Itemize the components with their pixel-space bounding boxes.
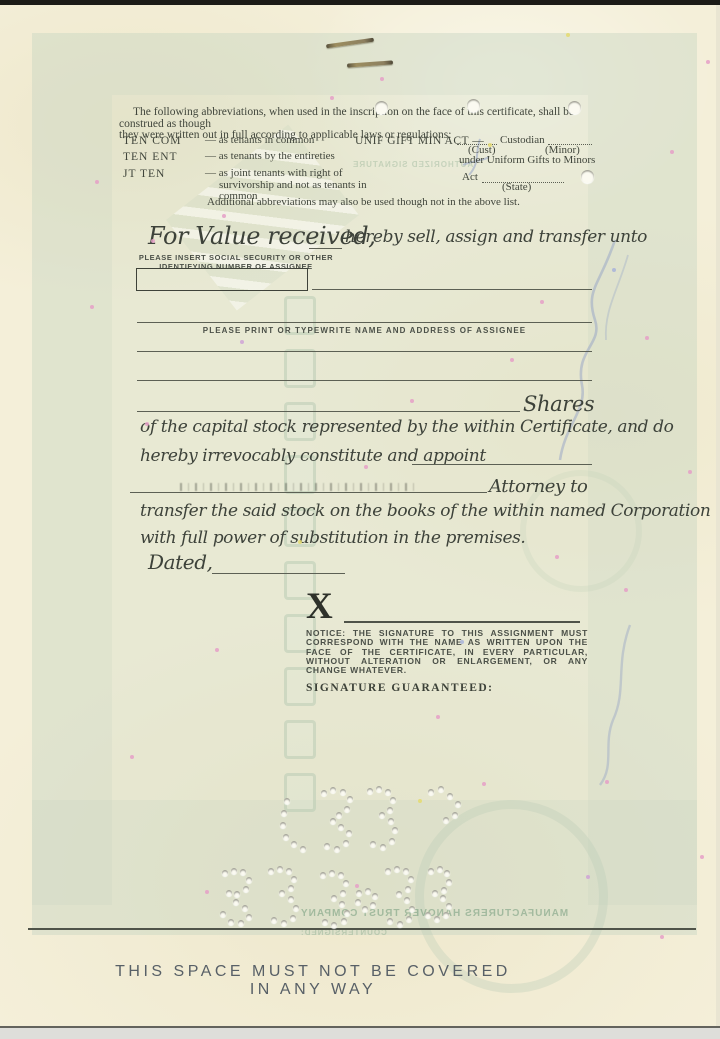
ghost-border-left [32, 95, 112, 905]
print-typewrite-caption: PLEASE PRINT OR TYPEWRITE NAME AND ADDRE… [137, 326, 592, 335]
fill-line-assignee-3 [137, 380, 592, 381]
paper-speckle [706, 60, 710, 64]
unif-state-caption: (State) [502, 182, 531, 194]
ghost-bank-name-text: MANUFACTURERS HANOVER TRUST COMPANY [300, 908, 568, 919]
paper-speckle [660, 935, 664, 939]
signature-x-mark: X [306, 592, 333, 622]
abbrev-term-ten-com: TEN COM [123, 135, 181, 147]
abbrev-term-ten-ent: TEN ENT [123, 151, 178, 163]
fill-line-after-received [309, 248, 342, 249]
for-value-received-text: For Value received, [148, 222, 375, 250]
signature-line [344, 621, 580, 623]
unif-under-gifts: under Uniform Gifts to Minors [459, 155, 595, 167]
ink-smudge [180, 483, 415, 491]
bottom-rule [28, 928, 696, 930]
fill-line-shares [137, 411, 520, 412]
abbrev-def-ten-ent: — as tenants by the entireties [205, 151, 335, 163]
shares-text: Shares [523, 392, 594, 416]
ssn-box [136, 268, 308, 291]
scan-edge-top [0, 0, 720, 5]
abbreviation-intro-line1: The following abbreviations, when used i… [119, 107, 605, 130]
ghost-signature-ink [540, 230, 660, 490]
fill-line-assignee-2 [137, 351, 592, 352]
ghost-letter-block [284, 720, 316, 759]
ghost-letter-block [284, 773, 316, 812]
ssn-instruction-line1: PLEASE INSERT SOCIAL SECURITY OR OTHER [136, 253, 336, 262]
dated-text: Dated, [148, 550, 213, 574]
constitute-appoint-text: hereby irrevocably constitute and appoin… [140, 446, 486, 466]
signature-notice: NOTICE: THE SIGNATURE TO THIS ASSIGNMENT… [306, 629, 588, 675]
signature-guaranteed-label: SIGNATURE GUARANTEED: [306, 682, 494, 694]
fill-line-ssn-right [312, 289, 592, 290]
sell-assign-transfer-text: hereby sell, assign and transfer unto [345, 227, 647, 247]
additional-abbrev-note: Additional abbreviations may also be use… [207, 197, 520, 209]
scan-edge-right [716, 5, 720, 1026]
transfer-books-text: transfer the said stock on the books of … [140, 501, 710, 521]
scan-edge-bottom [0, 1026, 720, 1039]
fill-line-attorney [130, 492, 487, 493]
abbrev-term-jt-ten: JT TEN [123, 168, 165, 180]
paper-speckle [700, 855, 704, 859]
full-power-text: with full power of substitution in the p… [140, 528, 525, 548]
fill-line-assignee-1 [137, 322, 592, 323]
attorney-to-text: Attorney to [489, 476, 587, 497]
capital-stock-text: of the capital stock represented by the … [140, 417, 673, 437]
footer-warning-text: THIS SPACE MUST NOT BE COVERED IN ANY WA… [113, 963, 513, 999]
ghost-letter-block [284, 349, 316, 388]
abbrev-def-ten-com: — as tenants in common [205, 135, 314, 147]
unif-custodian-label: Custodian [500, 135, 545, 147]
fill-line-dated [212, 573, 345, 574]
unif-act-label: Act [462, 172, 478, 184]
certificate-back: AUTHORIZED SIGNATURE MANUFACTURERS HANOV… [0, 0, 720, 1039]
fill-line-appoint [412, 464, 592, 465]
